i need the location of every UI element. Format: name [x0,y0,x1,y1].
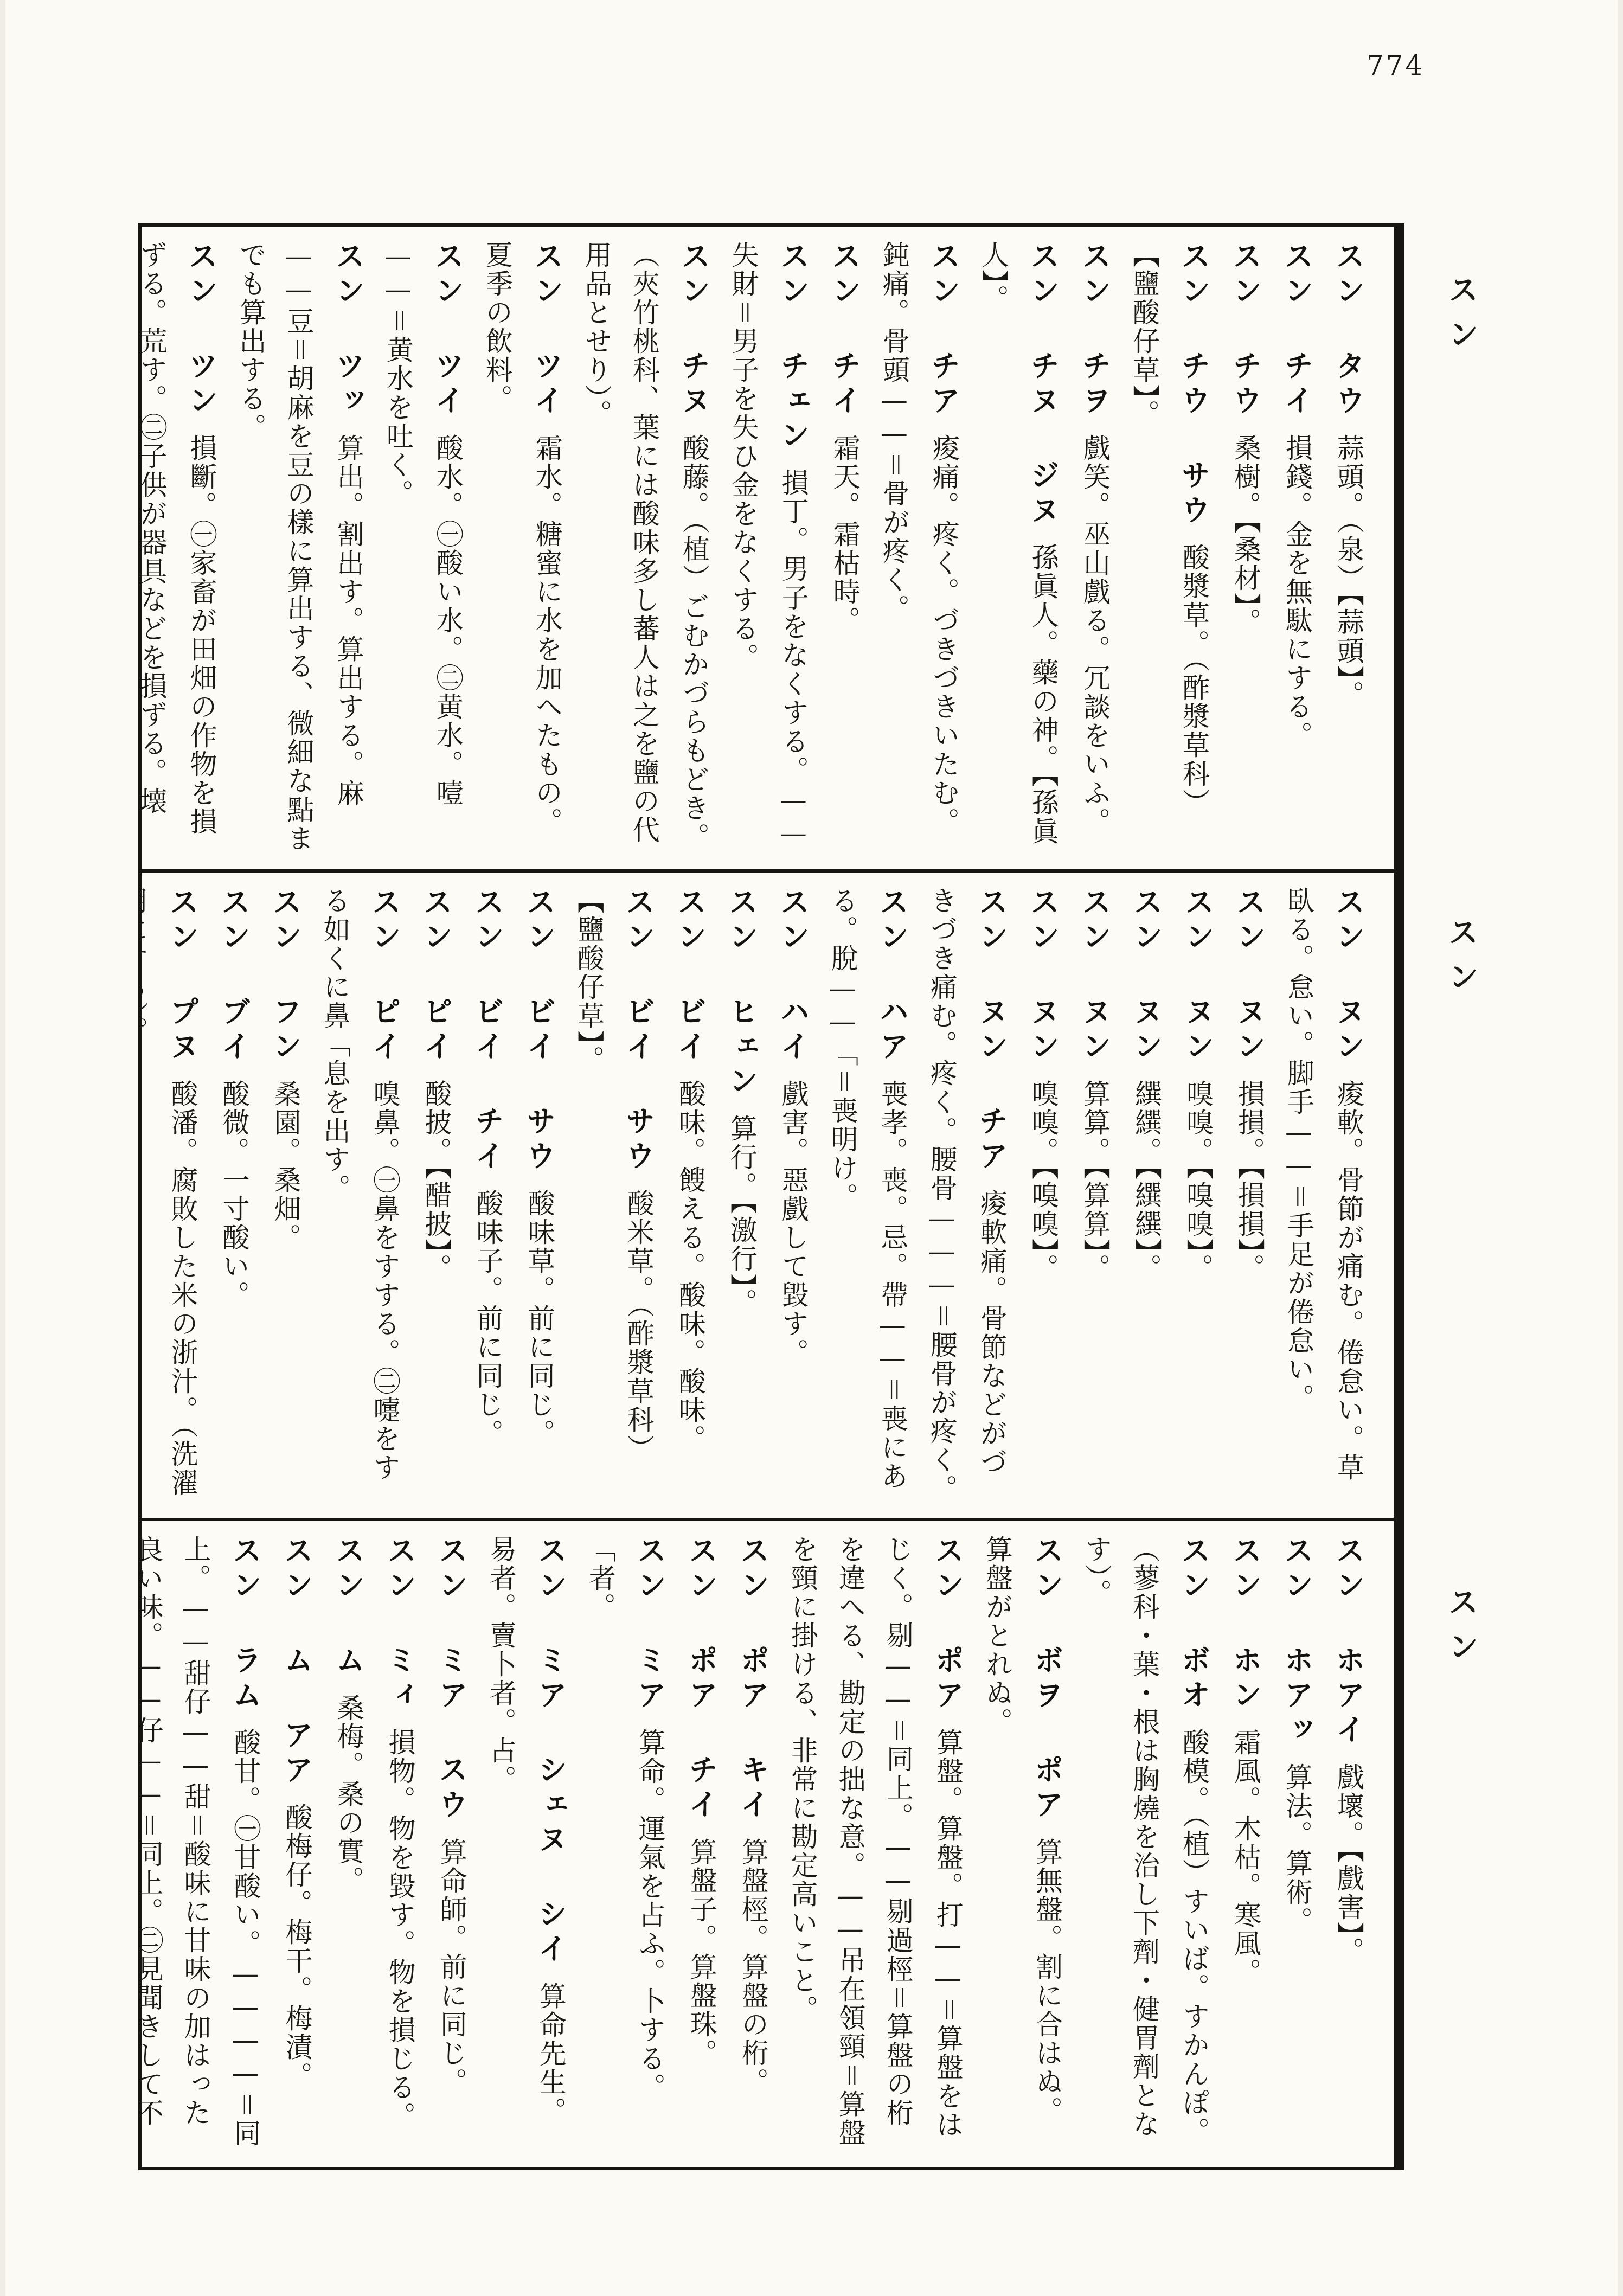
entry-definition: 酸微。一寸酸い。 [218,1080,249,1310]
dictionary-entry: スン ビイ酸味。餿える。酸味。酸味。 [664,887,716,1504]
dictionary-entry: スン ツン損斷。㊀家畜が田畑の作物を損ずる。荒す。㊁子供が器具などを損ずる。壊す… [142,241,227,855]
entry-definition: 嗅嗅。【嗅嗅】。 [1182,1080,1214,1282]
entry-headword: スン ビイ サウ [621,887,656,1175]
dictionary-entry: スン ボオ酸模。（植）すいば。すかんぽ。（蓼科・葉・根は胸燒を治し下劑・健胃劑と… [1073,1535,1220,2153]
entry-definition: 算盤子。算盤珠。 [686,1838,717,2068]
margin-index-top: スン [1418,274,1483,415]
entry-definition: 桑園。桑畑。 [270,1080,301,1252]
entry-headword: スン ホン [1228,1535,1263,1714]
dictionary-entry: スン プヌ酸潘。腐敗した米の浙汁。（洗濯用にする）。 [142,887,208,1504]
entry-definition: 酸味草。前に同じ。 [524,1189,555,1448]
entry-headword: スン ツイ [530,241,564,420]
dictionary-entry: スン ビイ サウ酸味草。前に同じ。 [514,887,565,1504]
entry-headword: スン ハイ [776,887,811,1066]
dictionary-entry: スン チイ霜天。霜枯時。 [819,241,870,855]
entry-headword: スン チイ [1280,241,1314,420]
dictionary-entry: スン ピイ嗅鼻。㊀鼻をすする。㊁嚏をする如くに鼻「息を出す。 [311,887,410,1504]
dictionary-section-bottom: スン ホアイ戲壞。【戲害】。スン ホアッ算法。算術。スン ホン霜風。木枯。寒風。… [142,1518,1394,2167]
entry-headword: スン ヌン [1129,887,1164,1066]
dictionary-entry: スン ラム酸甘。㊀甘酸い。————＝同上。——甜仔——甜＝酸味に甘味の加はった良… [142,1535,271,2153]
entry-headword: スン ホアッ [1280,1535,1314,1749]
entry-headword: スン ビイ [673,887,708,1066]
entry-headword: スン チヌ [677,241,711,420]
entry-definition: 酸披。【醋披】。 [421,1080,452,1282]
dictionary-entry: スン ミア シェヌ シイ算命先生。易者。賣卜者。占。 [477,1535,576,2153]
entry-headword: スン チア [927,241,961,420]
entry-headword: スン ハア [875,887,910,1066]
page-number: 774 [1367,50,1475,81]
entry-headword: スン ミィ [383,1535,418,1714]
entry-headword: スン ヒェン [724,887,759,1100]
entry-definition: 戲笑。巫山戲る。冗談をいふ。 [1079,434,1111,836]
entry-headword: スン ホアイ [1331,1535,1366,1749]
entry-definition: 桑樹。【桑材】。 [1230,434,1261,637]
entry-headword: スン ミア シェヌ シイ [534,1535,568,1968]
dictionary-entry: スン ヌン損損。【損損】。 [1223,887,1275,1504]
entry-headword: スン タウ [1331,241,1366,420]
dictionary-entry: スン ツイ霜水。糖蜜に水を加へたもの。夏季の飲料。 [473,241,573,855]
entry-definition: 桑梅。桑の實。 [333,1694,364,1895]
dictionary-entry: スン ブイ酸微。一寸酸い。 [208,887,259,1504]
dictionary-entry: スン ハイ戲害。惡戲して毀す。 [767,887,819,1504]
scanned-dictionary-page: { "page": { "number": "774", "margin_ind… [0,0,1623,2296]
dictionary-entry: スン ツッ算出。割出す。算出する。麻——豆＝胡麻を豆の樣に算出する、微細な點まで… [227,241,374,855]
entry-headword: スン ヌン [1331,887,1366,1066]
dictionary-entry: スン ヌン嗅嗅。【嗅嗅】。 [1017,887,1069,1504]
dictionary-entry: スン ポア算盤。算盤。打——＝算盤をはじく。剔——＝同上。——剔過桱＝算盤の桁を… [779,1535,973,2153]
entry-headword: スン ポア キイ [736,1535,771,1824]
entry-headword: スン ヌン [1077,887,1112,1066]
dictionary-entry: スン ヌン チア痠軟痛。骨節などがづきづき痛む。疼く。腰骨———＝腰骨が疼く。 [918,887,1017,1504]
dictionary-entry: スン ボヲ ポア算無盤。割に合はぬ。算盤がとれぬ。 [973,1535,1073,2153]
dictionary-entry: スン チイ損錢。金を無駄にする。 [1271,241,1323,855]
dictionary-entry: スン ポア チイ算盤子。算盤珠。 [676,1535,727,2153]
entry-headword: スン ラム [228,1535,263,1714]
entry-headword: スン プヌ [165,887,200,1066]
entry-headword: スン ミア [633,1535,668,1714]
dictionary-entry: スン チヌ酸藤。（植）ごむかづらもどき。（夾竹桃科、葉には酸味多し蕃人は之を鹽の… [573,241,720,855]
dictionary-entry: スン ミィ損物。物を毀す。物を損じる。 [374,1535,426,2153]
dictionary-entry: スン ヌン痠軟。骨節が痛む。倦怠い。草臥る。怠い。脚手——＝手足が倦怠い。 [1275,887,1374,1504]
entry-definition: 算行。【激行】。 [726,1114,758,1317]
scan-edge-left [0,0,5,2296]
entry-headword: スン チェン [776,241,811,454]
dictionary-entry: スン チウ サウ酸漿草。（酢漿草科）【鹽酸仔草】。 [1120,241,1220,855]
dictionary-entry: スン ミア算命。運氣を占ふ。卜する。「者。 [576,1535,676,2153]
entry-headword: スン ボヲ ポア [1030,1535,1064,1824]
entry-definition: 算算。【算算】。 [1079,1080,1111,1282]
entry-definition: 酸梅仔。梅干。梅漬。 [281,1803,313,2090]
dictionary-entry: スン ホアッ算法。算術。 [1271,1535,1323,2153]
entry-headword: スン ボオ [1177,1535,1211,1714]
entry-headword: スン ピイ [368,887,402,1066]
entry-definition: 算法。算術。 [1281,1763,1313,1935]
entry-definition: 損錢。金を無駄にする。 [1281,434,1313,750]
dictionary-entry: スン ビイ サウ酸米草。（酢漿草科）【鹽酸仔草】。 [565,887,664,1504]
dictionary-entry: スン ヒェン算行。【激行】。 [716,887,767,1504]
entry-headword: スン チヲ [1077,241,1112,420]
entry-definition: 霜風。木枯。寒風。 [1230,1728,1261,1987]
dictionary-entry: スン タウ蒜頭。（泉）【蒜頭】。 [1323,241,1374,855]
entry-headword: スン ム [331,1535,366,1679]
entry-definition: 嗅嗅。【嗅嗅】。 [1028,1080,1059,1282]
content-frame: スン タウ蒜頭。（泉）【蒜頭】。スン チイ損錢。金を無駄にする。スン チウ桑樹。… [138,223,1404,2170]
dictionary-entry: スン ビイ チイ酸味子。前に同じ。 [462,887,514,1504]
entry-headword: スン ツッ [331,241,366,420]
entry-definition: 繏繏。【繏繏】。 [1131,1080,1162,1282]
dictionary-entry: スン チア痠痛。疼く。づきづきいたむ。鈍痛。骨頭——＝骨が疼く。 [870,241,970,855]
dictionary-entry: スン ホアイ戲壞。【戲害】。 [1323,1535,1374,2153]
dictionary-entry: スン チヲ戲笑。巫山戲る。冗談をいふ。 [1069,241,1120,855]
margin-index-bottom: スン [1418,1586,1483,1727]
entry-headword: スン チイ [827,241,862,420]
dictionary-entry: スン ハア喪孝。喪。忌。帶——＝喪にある。脫——「＝喪明け。 [819,887,918,1504]
dictionary-entry: スン ヌン算算。【算算】。 [1069,887,1120,1504]
entry-definition: 酸味子。前に同じ。 [472,1189,504,1448]
entry-headword: スン ム アア [280,1535,315,1789]
entry-headword: スン ヌン [1232,887,1267,1066]
entry-definition: 戲壞。【戲害】。 [1333,1763,1364,1966]
entry-definition: 霜天。霜枯時。 [829,434,861,635]
entry-headword: スン ピイ [419,887,454,1066]
scan-edge-right [1618,0,1623,2296]
dictionary-entry: スン ヌン繏繏。【繏繏】。 [1120,887,1172,1504]
dictionary-entry: スン チウ桑樹。【桑材】。 [1220,241,1271,855]
entry-headword: スン ポア [931,1535,965,1714]
margin-index-middle: スン [1418,916,1483,1057]
dictionary-entry: スン ピイ酸披。【醋披】。 [410,887,462,1504]
dictionary-section-top: スン タウ蒜頭。（泉）【蒜頭】。スン チイ損錢。金を無駄にする。スン チウ桑樹。… [142,227,1394,869]
entry-headword: スン ヌン チア [974,887,1009,1175]
entry-headword: スン ツン [184,241,219,420]
dictionary-entry: スン ホン霜風。木枯。寒風。 [1220,1535,1271,2153]
entry-headword: スン ヌン [1181,887,1215,1066]
entry-definition: 算命師。前に同じ。 [436,1838,467,2096]
entry-headword: スン チウ [1228,241,1263,420]
entry-headword: スン ポア チイ [684,1535,719,1824]
dictionary-entry: スン ム桑梅。桑の實。 [323,1535,374,2153]
dictionary-section-middle: スン ヌン痠軟。骨節が痛む。倦怠い。草臥る。怠い。脚手——＝手足が倦怠い。スン … [142,869,1394,1518]
entry-headword: スン チヌ ジヌ [1026,241,1061,529]
dictionary-entry: スン ツイ酸水。㊀酸い水。㊁黄水。噎——＝黄水を吐く。 [374,241,473,855]
entry-definition: 蒜頭。（泉）【蒜頭】。 [1333,434,1364,709]
dictionary-entry: スン ヌン嗅嗅。【嗅嗅】。 [1172,887,1223,1504]
entry-definition: 戲害。惡戲して毀す。 [778,1080,809,1367]
dictionary-entry: スン チヌ ジヌ孫眞人。藥の神。【孫眞人】。 [970,241,1069,855]
entry-headword: スン チウ サウ [1177,241,1211,529]
entry-headword: スン ツイ [431,241,465,420]
dictionary-entry: スン ミア スウ算命師。前に同じ。 [426,1535,477,2153]
entry-definition: 損損。【損損】。 [1234,1080,1265,1282]
entry-headword: スン ミア スウ [434,1535,469,1824]
entry-headword: スン ビイ サウ [522,887,557,1175]
entry-definition: 算盤桱。算盤の桁。 [737,1838,769,2096]
entry-headword: スン フン [268,887,303,1066]
dictionary-entry: スン チェン損丁。男子をなくする。——失財＝男子を失ひ金をなくする。 [720,241,819,855]
entry-headword: スン ヌン [1026,887,1061,1066]
dictionary-entry: スン ポア キイ算盤桱。算盤の桁。 [727,1535,779,2153]
dictionary-entry: スン ム アア酸梅仔。梅干。梅漬。 [271,1535,323,2153]
entry-headword: スン ブイ [216,887,251,1066]
entry-headword: スン ビイ チイ [471,887,505,1175]
entry-definition: 損物。物を毀す。物を損じる。 [384,1728,416,2131]
entry-definition: 酸味。餿える。酸味。酸味。 [675,1080,706,1453]
dictionary-entry: スン フン桑園。桑畑。 [259,887,311,1504]
